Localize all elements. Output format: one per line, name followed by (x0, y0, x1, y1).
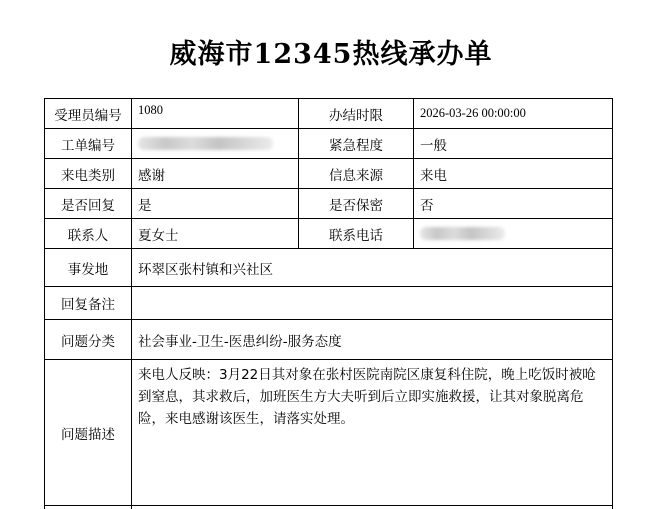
redacted-phone (420, 227, 505, 240)
location-label: 事发地 (45, 249, 132, 287)
confidential-label: 是否保密 (299, 189, 414, 219)
category-label: 问题分类 (45, 320, 132, 360)
urgency-value: 一般 (414, 129, 613, 159)
table-row: 问题描述 来电人反映：3月22日其对象在张村医院南院区康复科住院，晚上吃饭时被呛… (45, 360, 613, 506)
order-no-label: 工单编号 (45, 129, 132, 159)
table-row: 事发地 环翠区张村镇和兴社区 (45, 249, 613, 287)
table-row: 问题分类 社会事业-卫生-医患纠纷-服务态度 (45, 320, 613, 360)
description-label: 问题描述 (45, 360, 132, 506)
table-row: 来电类别 感谢 信息来源 来电 (45, 159, 613, 189)
empty-cell (132, 506, 613, 509)
reply-note-label: 回复备注 (45, 287, 132, 320)
contact-value: 夏女士 (132, 219, 299, 249)
reply-needed-value: 是 (132, 189, 299, 219)
location-value: 环翠区张村镇和兴社区 (132, 249, 613, 287)
operator-id-value: 1080 (132, 99, 299, 129)
call-type-label: 来电类别 (45, 159, 132, 189)
order-no-value (132, 129, 299, 159)
description-value: 来电人反映：3月22日其对象在张村医院南院区康复科住院，晚上吃饭时被呛到窒息，其… (132, 360, 613, 506)
work-order-table: 受理员编号 1080 办结时限 2026-03-26 00:00:00 工单编号… (44, 98, 613, 509)
confidential-value: 否 (414, 189, 613, 219)
reply-note-value (132, 287, 613, 320)
table-row (45, 506, 613, 509)
phone-value (414, 219, 613, 249)
table-row: 受理员编号 1080 办结时限 2026-03-26 00:00:00 (45, 99, 613, 129)
table-row: 联系人 夏女士 联系电话 (45, 219, 613, 249)
empty-cell (45, 506, 132, 509)
call-type-value: 感谢 (132, 159, 299, 189)
info-source-value: 来电 (414, 159, 613, 189)
deadline-value: 2026-03-26 00:00:00 (414, 99, 613, 129)
table-row: 工单编号 紧急程度 一般 (45, 129, 613, 159)
reply-needed-label: 是否回复 (45, 189, 132, 219)
category-value: 社会事业-卫生-医患纠纷-服务态度 (132, 320, 613, 360)
table-row: 回复备注 (45, 287, 613, 320)
info-source-label: 信息来源 (299, 159, 414, 189)
operator-id-label: 受理员编号 (45, 99, 132, 129)
redacted-order-no (138, 137, 273, 150)
deadline-label: 办结时限 (299, 99, 414, 129)
contact-label: 联系人 (45, 219, 132, 249)
table-row: 是否回复 是 是否保密 否 (45, 189, 613, 219)
phone-label: 联系电话 (299, 219, 414, 249)
page-title: 威海市12345热线承办单 (0, 32, 662, 71)
urgency-label: 紧急程度 (299, 129, 414, 159)
